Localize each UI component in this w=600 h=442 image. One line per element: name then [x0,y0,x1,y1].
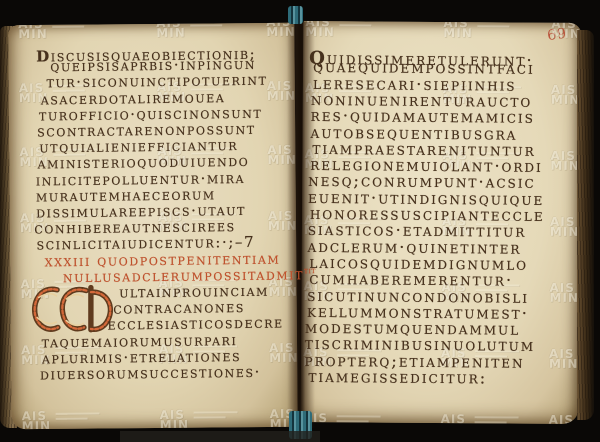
right-page-text: quidissimeretulerunt·quaequidempossintfa… [0,0,600,442]
manuscript-photo: AISMINAISMINAISMINAISMINAISMINAISMINAISM… [0,0,600,442]
manuscript-line: tiamegissedicitur: [308,367,487,388]
